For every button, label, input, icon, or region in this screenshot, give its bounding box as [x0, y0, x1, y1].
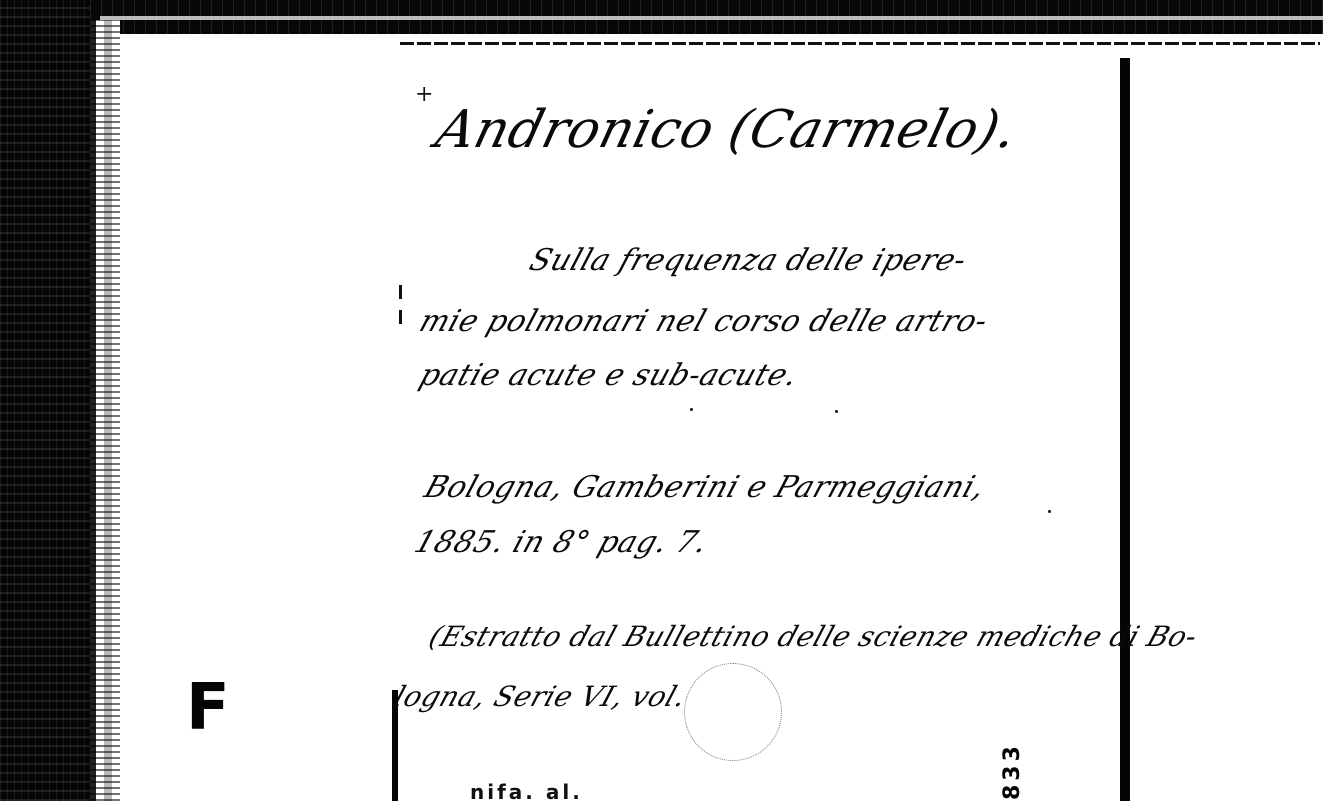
cross-mark: +: [415, 82, 433, 107]
title-line-3: patie acute e sub-acute.: [415, 358, 802, 393]
author-heading: Andronico (Carmelo).: [430, 100, 1023, 160]
card-right-rule: [1120, 58, 1130, 801]
stamp-letter: F: [186, 676, 230, 740]
title-line-1: Sulla frequenza delle ipere-: [525, 243, 971, 278]
imprint-line-2: 1885. in 8° pag. 7.: [410, 525, 712, 560]
margin-mark: [399, 285, 402, 299]
card-top-rule: [400, 42, 1320, 45]
speck: [690, 408, 693, 411]
speck: [1048, 510, 1051, 513]
scan-band: [100, 16, 1323, 20]
card-frame-edge: [90, 20, 120, 801]
scan-background-left: [0, 0, 90, 801]
hole-punch: [684, 663, 782, 761]
note-line-1: (Estratto dal Bullettino delle scienze m…: [425, 620, 1202, 653]
scan-background-top: [90, 0, 1323, 34]
imprint-line-1: Bologna, Gamberini e Parmeggiani,: [420, 470, 990, 505]
speck: [835, 410, 838, 413]
bottom-partial-text: nifa. al.: [470, 780, 583, 801]
title-line-2: mie polmonari nel corso delle artro-: [415, 304, 992, 339]
call-number: 833: [1000, 760, 1025, 800]
margin-mark: [399, 310, 402, 324]
